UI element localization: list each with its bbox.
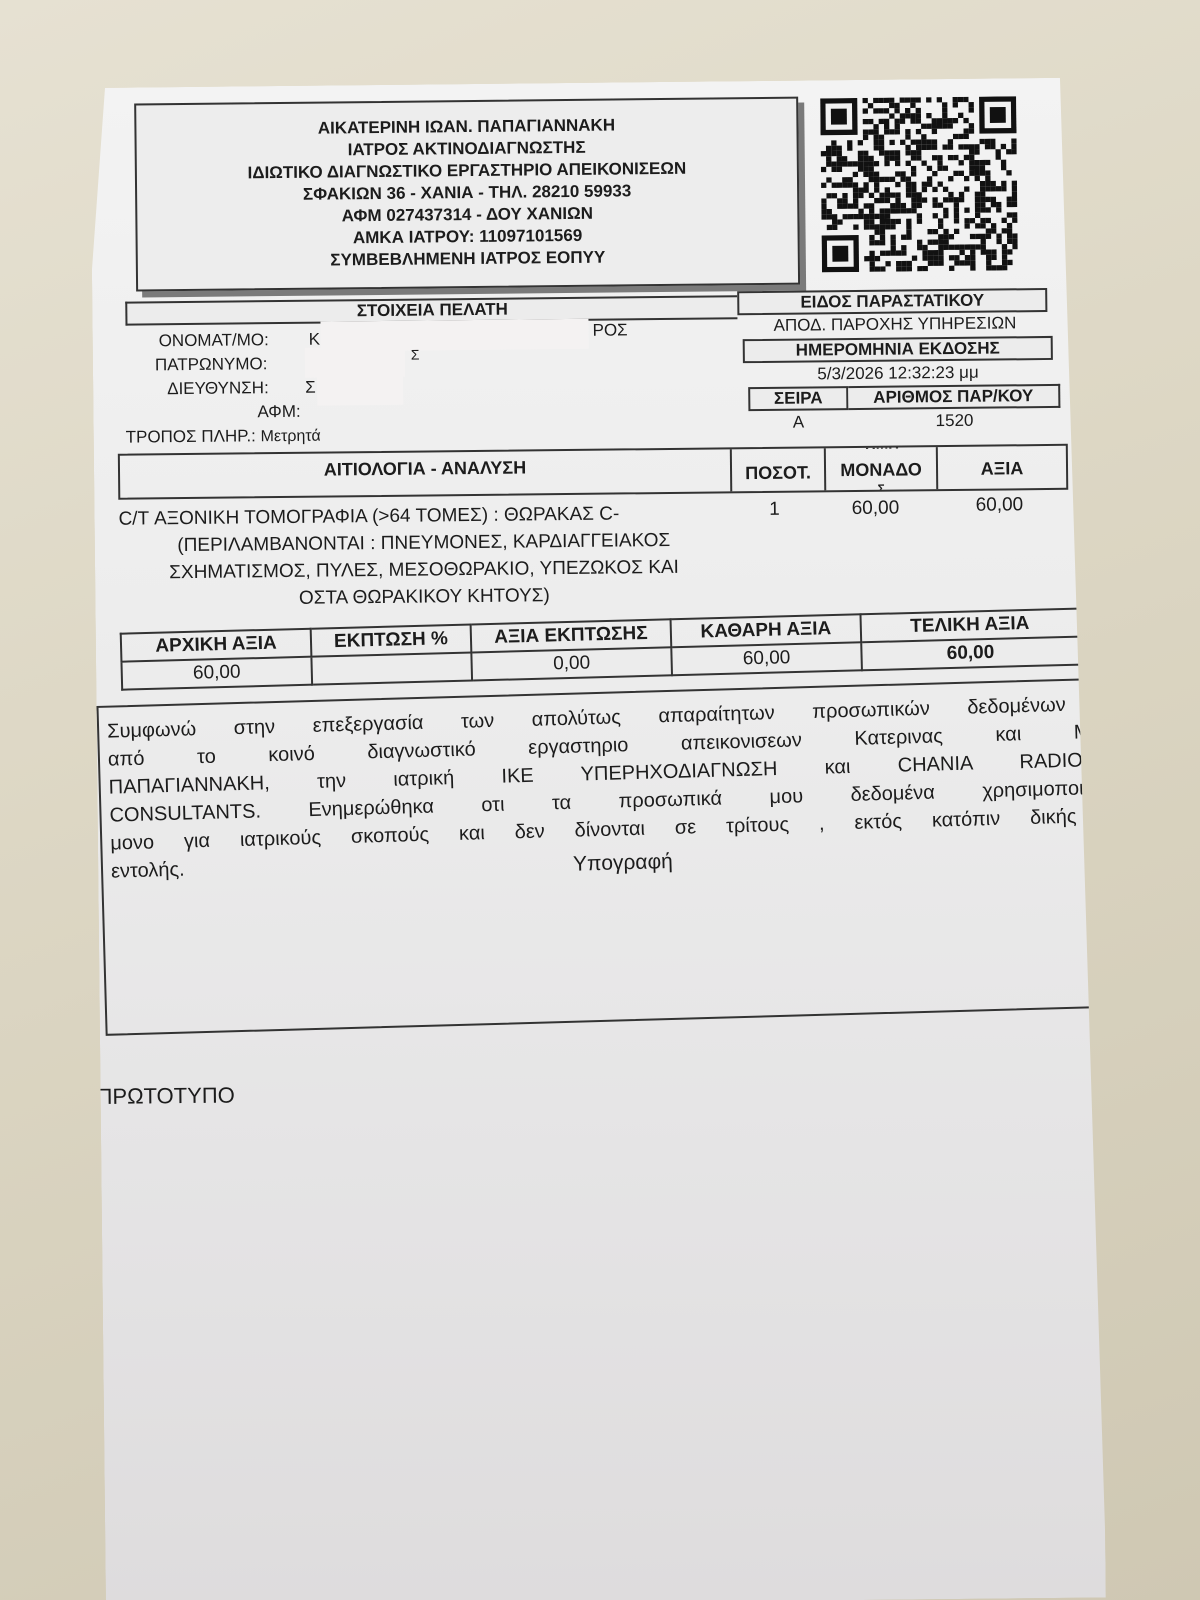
payment-label: ΤΡΟΠΟΣ ΠΛΗΡ.: (126, 426, 256, 446)
payment-method: ΤΡΟΠΟΣ ΠΛΗΡ.: Μετρητά (126, 426, 321, 448)
customer-patronym-label: ΠΑΤΡΩΝΥΜΟ: (155, 354, 268, 375)
signature-label: Υπογραφή (573, 850, 673, 877)
total-discount-pct-value (311, 653, 472, 685)
copy-label: ΠΡΩΤΟΤΥΠΟ (96, 1083, 235, 1110)
receipt-paper: ΑΙΚΑΤΕΡΙΝΗ ΙΩΑΝ. ΠΑΠΑΓΙΑΝΝΑΚΗ ΙΑΤΡΟΣ ΑΚΤ… (90, 78, 1106, 1600)
col-unit-price-bottom: Σ (826, 481, 936, 490)
doc-type-value: ΑΠΟΔ. ΠΑΡΟΧΗΣ ΥΠΗΡΕΣΙΩΝ (742, 313, 1047, 336)
series-header: ΣΕΙΡΑ (748, 386, 848, 411)
totals-table: ΑΡΧΙΚΗ ΑΞΙΑ ΕΚΠΤΩΣΗ % ΑΞΙΑ ΕΚΠΤΩΣΗΣ ΚΑΘΑ… (120, 608, 1081, 691)
total-discount-value: 0,00 (471, 647, 672, 680)
item-quantity: 1 (728, 498, 820, 521)
col-unit-price-top: ΤΙΜΗ (826, 447, 936, 453)
customer-section-title: ΣΤΟΙΧΕΙΑ ΠΕΛΑΤΗ (357, 300, 508, 321)
doc-type-label: ΕΙΔΟΣ ΠΑΡΑΣΤΑΤΙΚΟΥ (800, 291, 984, 312)
number-header: ΑΡΙΘΜΟΣ ΠΑΡ/ΚΟΥ (848, 384, 1060, 410)
customer-address-start: Σ (305, 378, 316, 398)
col-value: ΑΞΙΑ (938, 446, 1066, 489)
issuer-box: ΑΙΚΑΤΕΡΙΝΗ ΙΩΑΝ. ΠΑΠΑΓΙΑΝΝΑΚΗ ΙΑΤΡΟΣ ΑΚΤ… (134, 97, 800, 292)
issue-date-value: 5/3/2026 12:32:23 μμ (743, 362, 1053, 385)
col-unit-price: ΤΙΜΗ ΜΟΝΑΔΟ Σ (826, 447, 938, 490)
item-unit-price: 60,00 (820, 497, 930, 520)
qr-code-icon (820, 96, 1018, 272)
series-label: ΣΕΙΡΑ (774, 388, 823, 408)
total-discount-pct-header: ΕΚΠΤΩΣΗ % (311, 625, 472, 657)
number-label: ΑΡΙΘΜΟΣ ΠΑΡ/ΚΟΥ (873, 386, 1033, 407)
items-table-header: ΑΙΤΙΟΛΟΓΙΑ - ΑΝΑΛΥΣΗ ΠΟΣΟΤ. ΤΙΜΗ ΜΟΝΑΔΟ … (118, 444, 1068, 500)
customer-tax-label: ΑΦΜ: (257, 402, 301, 422)
issue-date-header: ΗΜΕΡΟΜΗΝΙΑ ΕΚΔΟΣΗΣ (743, 336, 1053, 363)
series-value: Α (748, 412, 848, 433)
item-description: C/T ΑΞΟΝΙΚΗ ΤΟΜΟΓΡΑΦΙΑ (>64 ΤΟΜΕΣ) : ΘΩΡ… (118, 499, 729, 613)
series-number-header: ΣΕΙΡΑ ΑΡΙΘΜΟΣ ΠΑΡ/ΚΟΥ (748, 384, 1060, 411)
payment-value: Μετρητά (261, 428, 321, 446)
col-unit-price-label: ΜΟΝΑΔΟ (826, 459, 936, 481)
item-value: 60,00 (930, 494, 1068, 517)
total-net-value: 60,00 (671, 642, 862, 675)
redacted-address (317, 371, 403, 406)
consent-box: Συμφωνώ στην επεξεργασία των απολύτως απ… (96, 677, 1155, 1036)
issue-date-label: ΗΜΕΡΟΜΗΝΙΑ ΕΚΔΟΣΗΣ (796, 338, 1000, 359)
total-initial-value: 60,00 (121, 657, 312, 690)
customer-address-label: ΔΙΕΥΘΥΝΣΗ: (167, 378, 269, 399)
total-final-value: 60,00 (861, 637, 1080, 671)
doc-type-header: ΕΙΔΟΣ ΠΑΡΑΣΤΑΤΙΚΟΥ (737, 288, 1047, 315)
customer-name-label: ΟΝΟΜΑΤ/ΜΟ: (159, 330, 269, 351)
customer-patronym-end: Σ (411, 347, 420, 363)
number-value: 1520 (848, 410, 1060, 432)
col-description: ΑΙΤΙΟΛΟΓΙΑ - ΑΝΑΛΥΣΗ (120, 449, 732, 497)
col-quantity: ΠΟΣΟΤ. (732, 448, 826, 491)
customer-name-end: ΡΟΣ (592, 320, 627, 340)
